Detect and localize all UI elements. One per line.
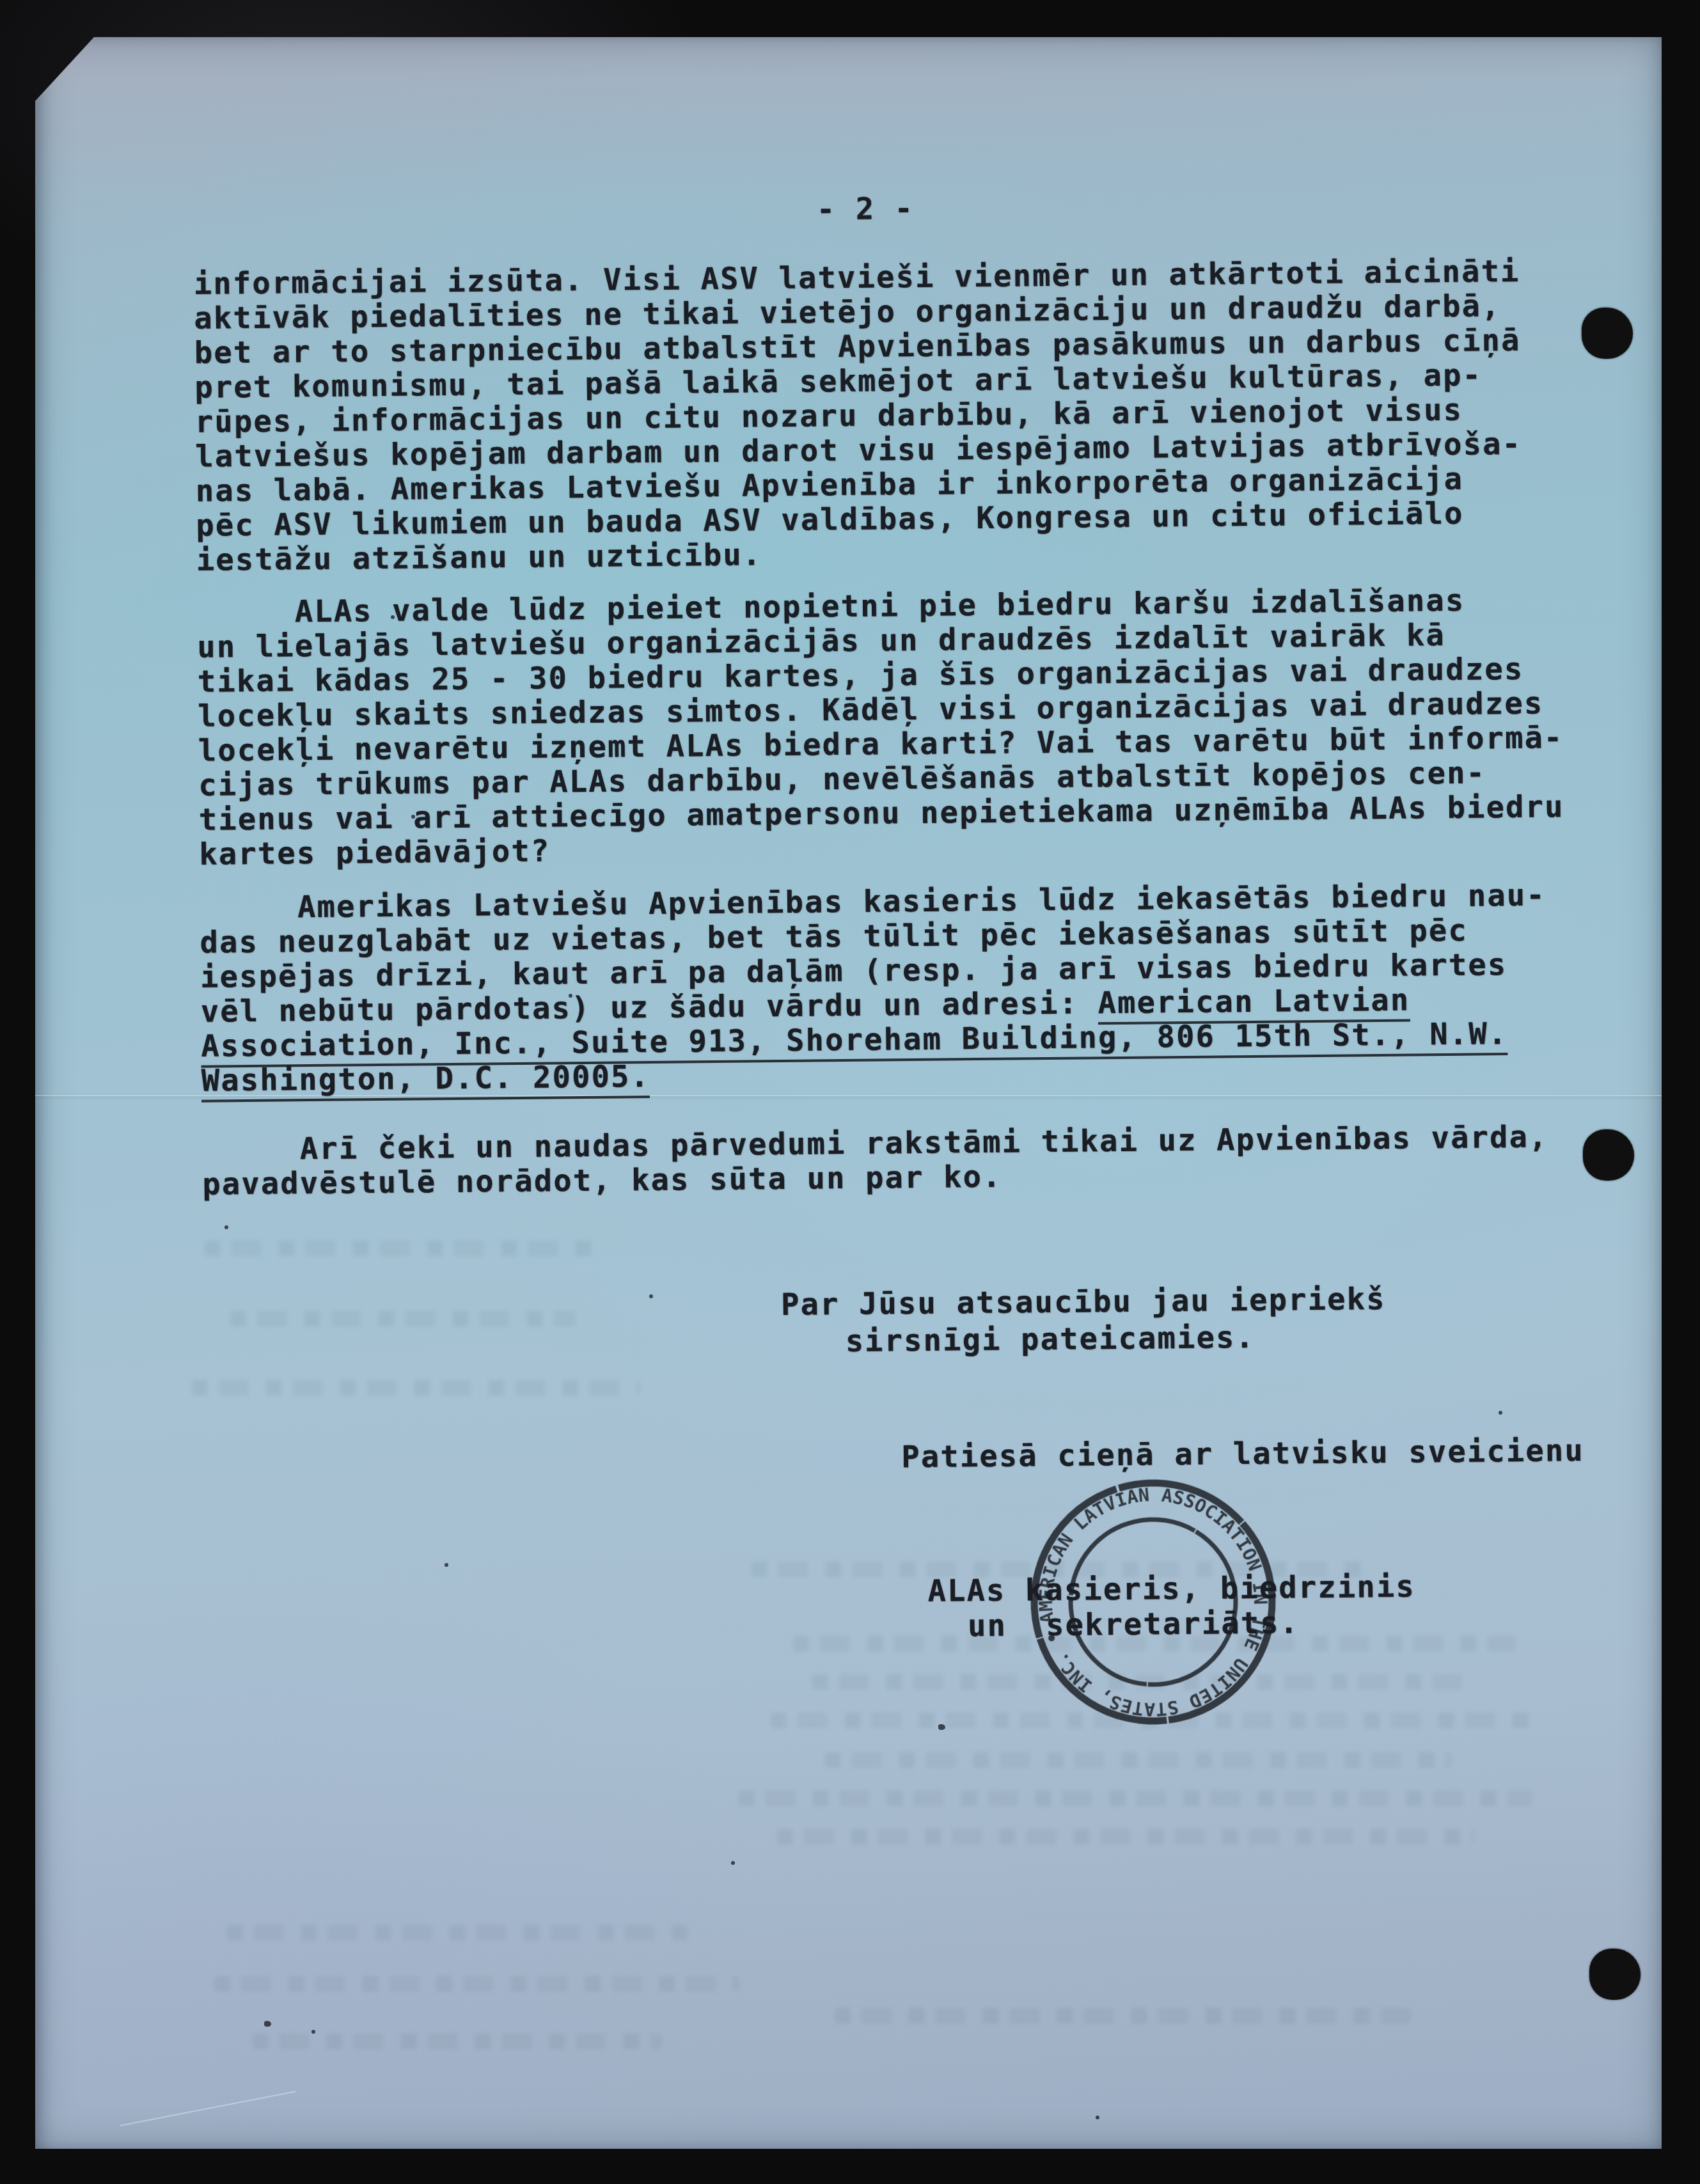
page-number: - 2 - <box>816 191 914 227</box>
scanner-background: AMERICAN LATVIAN ASSOCIATION IN THE UNIT… <box>0 0 1700 2184</box>
paragraph-4: Arī čeki un naudas pārvedumi rakstāmi ti… <box>202 1120 1549 1202</box>
punch-hole-bottom <box>1589 1949 1641 2000</box>
punch-hole-top <box>1582 308 1633 359</box>
salutation-line: Patiesā cieņā ar latvisku sveicienu <box>901 1433 1584 1475</box>
signature-line-2: un sekretariāts. <box>968 1605 1300 1644</box>
mailing-address-part-3: Washington, D.C. 20005. <box>201 1059 650 1103</box>
letter-page: AMERICAN LATVIAN ASSOCIATION IN THE UNIT… <box>35 37 1662 2149</box>
paragraph-2: ALAs valde lūdz pieiet nopietni pie bied… <box>196 583 1564 872</box>
punch-hole-middle <box>1583 1129 1634 1181</box>
paragraph-1: informācijai izsūta. Visi ASV latvieši v… <box>194 255 1523 578</box>
closing-thanks-line-2: sirsnīgi pateicamies. <box>845 1320 1255 1359</box>
closing-thanks-line-1: Par Jūsu atsaucību jau iepriekš <box>781 1282 1386 1323</box>
signature-line-1: ALAs kasieris, biedrzinis <box>927 1569 1415 1609</box>
typewritten-text-layer: - 2 - informācijai izsūta. Visi ASV latv… <box>25 29 1672 2157</box>
paragraph-3: Amerikas Latviešu Apvienības kasieris lū… <box>200 879 1548 1099</box>
